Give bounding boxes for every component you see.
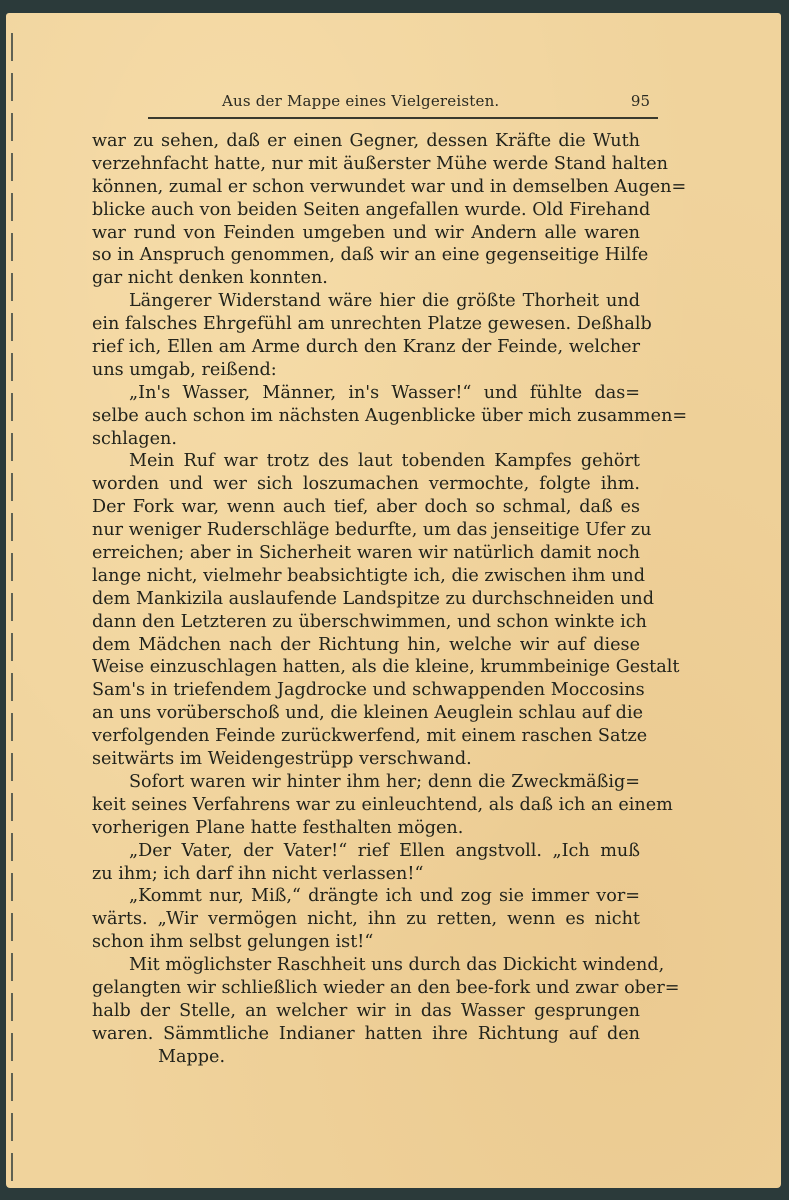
text-line: an uns vorüberschoß und, die kleinen Aeu…	[92, 702, 640, 725]
text-line: worden und wer sich loszumachen vermocht…	[92, 473, 640, 496]
text-line: uns umgab, reißend:	[92, 359, 640, 382]
text-line: seitwärts im Weidengestrüpp verschwand.	[92, 748, 640, 771]
text-line: blicke auch von beiden Seiten angefallen…	[92, 199, 640, 222]
text-line: vorherigen Plane hatte festhalten mögen.	[92, 817, 640, 840]
text-line: keit seines Verfahrens war zu einleuchte…	[92, 794, 640, 817]
text-line: dem Mankizila auslaufende Landspitze zu …	[92, 588, 640, 611]
running-header: Aus der Mappe eines Vielgereisten. 95	[222, 92, 662, 112]
text-line: ein falsches Ehrgefühl am unrechten Plat…	[92, 313, 640, 336]
body-text: war zu sehen, daß er einen Gegner, desse…	[92, 130, 640, 1069]
text-line: zu ihm; ich darf ihn nicht verlassen!“	[92, 863, 640, 886]
text-line: „In's Wasser, Männer, in's Wasser!“ und …	[92, 382, 640, 405]
text-line: gar nicht denken konnten.	[92, 267, 640, 290]
text-line: verfolgenden Feinde zurückwerfend, mit e…	[92, 725, 640, 748]
text-line: nur weniger Ruderschläge bedurfte, um da…	[92, 519, 640, 542]
text-line: dann den Letzteren zu überschwimmen, und…	[92, 611, 640, 634]
page-binding-edge	[11, 33, 13, 1183]
text-line: war zu sehen, daß er einen Gegner, desse…	[92, 130, 640, 153]
text-line: erreichen; aber in Sicherheit waren wir …	[92, 542, 640, 565]
text-line: „Kommt nur, Miß,“ drängte ich und zog si…	[92, 885, 640, 908]
text-line: lange nicht, vielmehr beabsichtigte ich,…	[92, 565, 640, 588]
running-title: Aus der Mappe eines Vielgereisten.	[222, 92, 499, 110]
text-line: Längerer Widerstand wäre hier die größte…	[92, 290, 640, 313]
text-line: „Der Vater, der Vater!“ rief Ellen angst…	[92, 840, 640, 863]
text-line: Mein Ruf war trotz des laut tobenden Kam…	[92, 450, 640, 473]
text-line: können, zumal er schon verwundet war und…	[92, 176, 640, 199]
text-line: Mit möglichster Raschheit uns durch das …	[92, 954, 640, 977]
header-rule	[148, 117, 658, 119]
text-line: so in Anspruch genommen, daß wir an eine…	[92, 244, 640, 267]
text-line: war rund von Feinden umgeben und wir And…	[92, 222, 640, 245]
page-number: 95	[631, 92, 650, 110]
text-line: waren. Sämmtliche Indianer hatten ihre R…	[92, 1023, 640, 1046]
text-line: dem Mädchen nach der Richtung hin, welch…	[92, 634, 640, 657]
text-line: schlagen.	[92, 428, 640, 451]
text-line: Sam's in triefendem Jagdrocke und schwap…	[92, 679, 640, 702]
text-line: halb der Stelle, an welcher wir in das W…	[92, 1000, 640, 1023]
text-line: Der Fork war, wenn auch tief, aber doch …	[92, 496, 640, 519]
text-line: verzehnfacht hatte, nur mit äußerster Mü…	[92, 153, 640, 176]
text-line: wärts. „Wir vermögen nicht, ihn zu rette…	[92, 908, 640, 931]
text-line: Sofort waren wir hinter ihm her; denn di…	[92, 771, 640, 794]
text-line: schon ihm selbst gelungen ist!“	[92, 931, 640, 954]
text-line: Weise einzuschlagen hatten, als die klei…	[92, 656, 640, 679]
text-line: rief ich, Ellen am Arme durch den Kranz …	[92, 336, 640, 359]
text-line: Mappe.	[92, 1046, 640, 1069]
text-line: selbe auch schon im nächsten Augenblicke…	[92, 405, 640, 428]
text-line: gelangten wir schließlich wieder an den …	[92, 977, 640, 1000]
